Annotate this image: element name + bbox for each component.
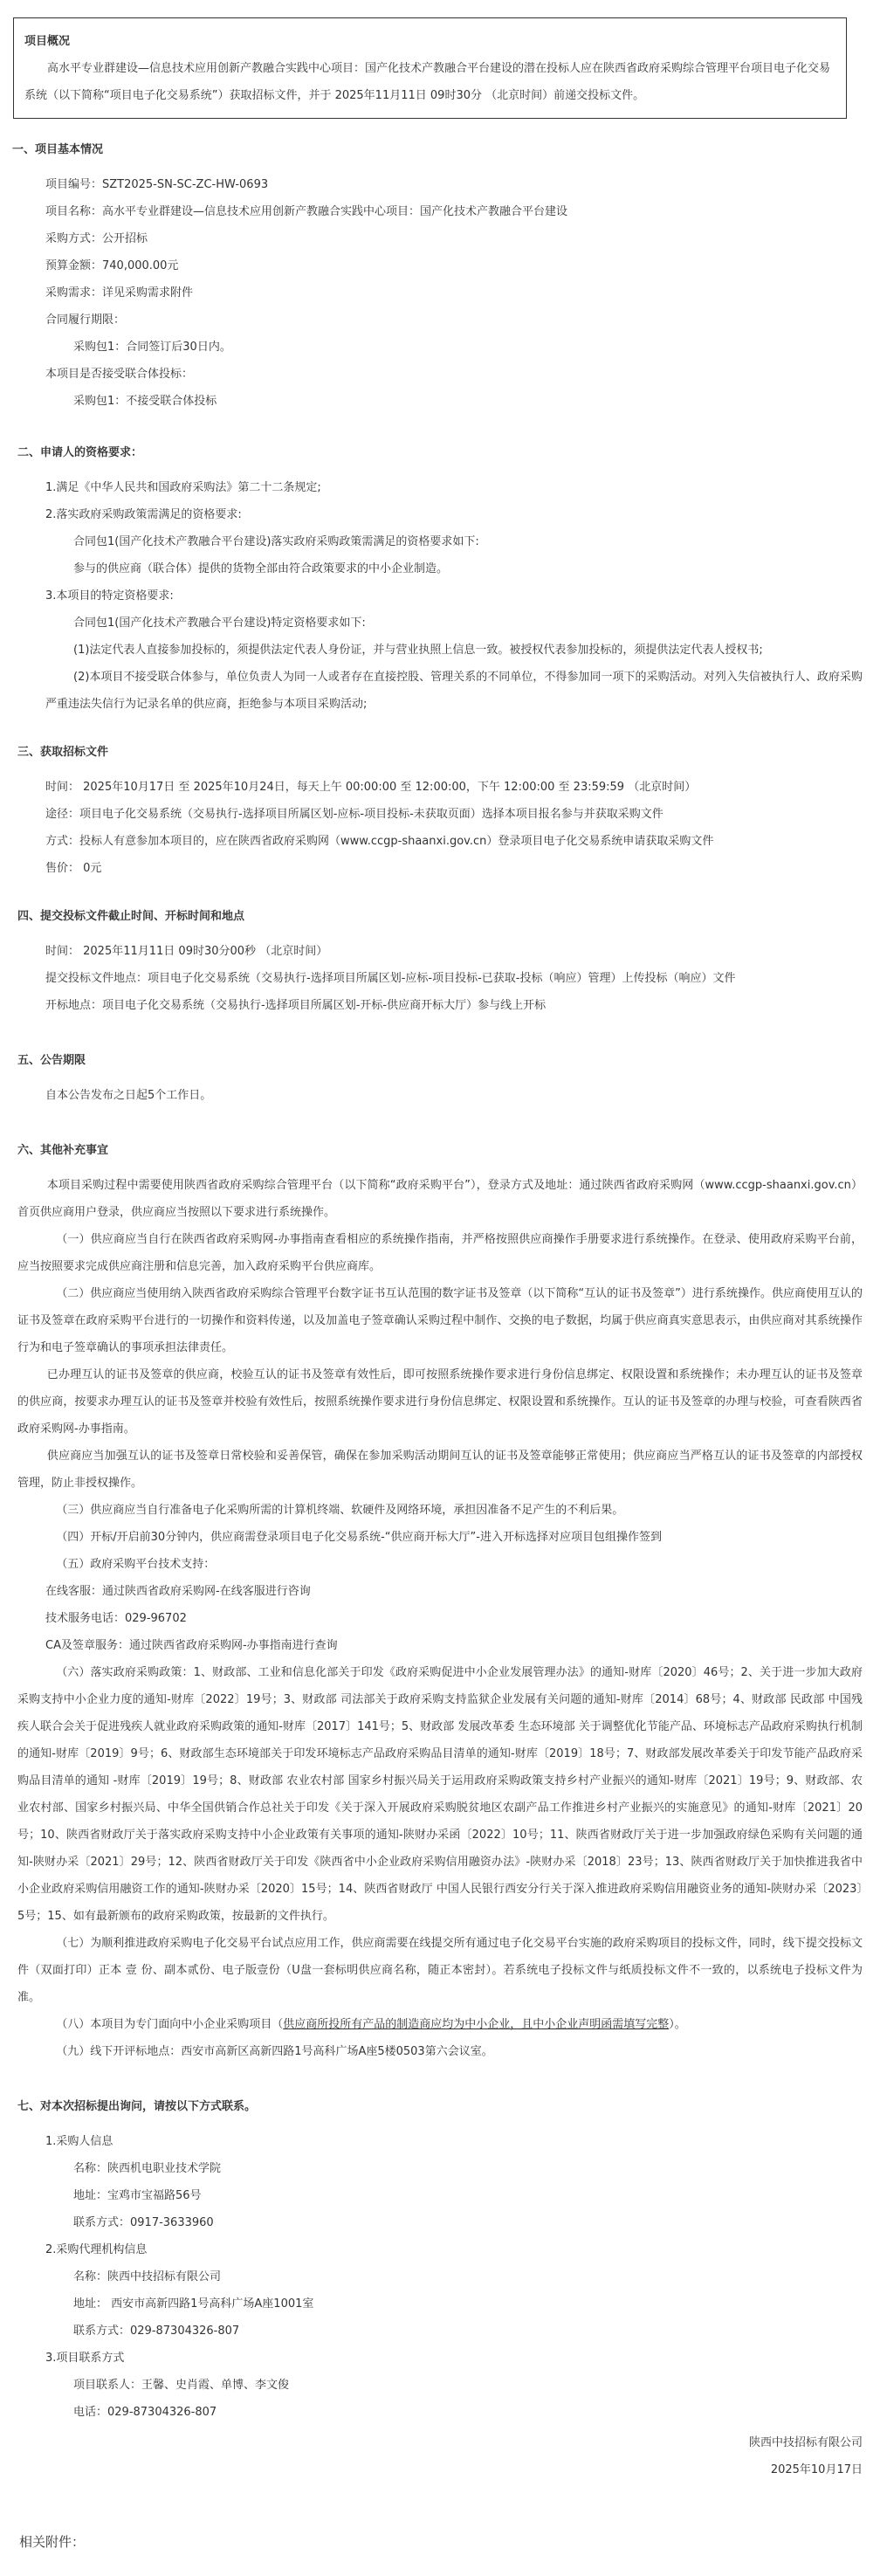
matter-8-underlined: 供应商所投所有产品的制造商应均为中小企业，且中小企业声明函需填写完整 [283,2018,669,2031]
contract-period-value: 采购包1：合同签订后30日内。 [0,334,880,361]
tech-service-phone: 技术服务电话：029-96702 [0,1605,880,1632]
overview-title: 项目概况 [24,29,835,55]
matter-2-keep: 供应商应当加强互认的证书及签章日常校验和妥善保管，确保在参加采购活动期间互认的证… [0,1443,880,1497]
agency-name: 名称：陕西中技招标有限公司 [0,2263,880,2290]
consortium-value: 采购包1：不接受联合体投标 [0,388,880,415]
procurement-requirements: 采购需求：详见采购需求附件 [0,279,880,307]
matter-5: （五）政府采购平台技术支持： [0,1551,880,1578]
purchaser-contact: 联系方式：0917-3633960 [0,2209,880,2236]
qualification-item-2-sub-1: 合同包1(国产化技术产教融合平台建设)落实政府采购政策需满足的资格要求如下: [0,528,880,555]
section-heading: 七、对本次招标提出询问，请按以下方式联系。 [0,2095,880,2119]
agency-address: 地址： 西安市高新四路1号高科广场A座1001室 [0,2290,880,2318]
submit-place: 提交投标文件地点：项目电子化交易系统（交易执行-选择项目所属区划-应标-项目投标… [0,965,880,992]
signature-company: 陕西中技招标有限公司 [0,2429,880,2456]
matter-8-prefix: （八）本项目为专门面向中小企业采购项目（ [56,2018,283,2031]
document-price: 售价： 0元 [0,855,880,882]
matter-4: （四）开标/开启前30分钟内，供应商需登录项目电子化交易系统-“供应商开标大厅”… [0,1524,880,1551]
opening-place: 开标地点：项目电子化交易系统（交易执行-选择项目所属区划-开标-供应商开标大厅）… [0,992,880,1019]
matter-8: （八）本项目为专门面向中小企业采购项目（供应商所投所有产品的制造商应均为中小企业… [0,2011,880,2038]
obtain-route: 途径：项目电子化交易系统（交易执行-选择项目所属区划-应标-项目投标-未获取页面… [0,801,880,828]
platform-intro: 本项目采购过程中需要使用陕西省政府采购综合管理平台（以下简称“政府采购平台”），… [0,1172,880,1226]
section-other-matters: 六、其他补充事宜 本项目采购过程中需要使用陕西省政府采购综合管理平台（以下简称“… [0,1139,880,2065]
purchaser-address: 地址：宝鸡市宝福路56号 [0,2182,880,2209]
qualification-item-3: 3.本项目的特定资格要求: [0,582,880,610]
section-heading: 四、提交投标文件截止时间、开标时间和地点 [0,905,880,929]
matter-9: （九）线下开评标地点：西安市高新区高新四路1号高科广场A座5楼0503第六会议室… [0,2038,880,2065]
matter-8-suffix: ）。 [669,2018,686,2031]
section-contact: 七、对本次招标提出询问，请按以下方式联系。 1.采购人信息 名称：陕西机电职业技… [0,2095,880,2426]
section-basic-info: 一、项目基本情况 项目编号：SZT2025-SN-SC-ZC-HW-0693 项… [0,138,880,415]
qualification-item-1: 1.满足《中华人民共和国政府采购法》第二十二条规定; [0,474,880,501]
qualification-item-3-sub-3: (2)本项目不接受联合体参与，单位负责人为同一人或者存在直接控股、管理关系的不同… [0,664,880,718]
deadline-time: 时间： 2025年11月11日 09时30分00秒 （北京时间） [0,938,880,965]
agency-contact: 联系方式：029-87304326-807 [0,2318,880,2345]
announcement-period-text: 自本公告发布之日起5个工作日。 [0,1082,880,1109]
obtain-time: 时间： 2025年10月17日 至 2025年10月24日，每天上午 00:00… [0,774,880,801]
project-contact-people: 项目联系人：王馨、史肖霞、单博、李文俊 [0,2372,880,2399]
ca-service: CA及签章服务：通过陕西省政府采购网-办事指南进行查询 [0,1632,880,1659]
matter-2-cert: 已办理互认的证书及签章的供应商，校验互认的证书及签章有效性后，即可按照系统操作要… [0,1361,880,1443]
overview-text: 高水平专业群建设—信息技术应用创新产教融合实践中心项目：国产化技术产教融合平台建… [24,55,835,109]
section-obtain-documents: 三、获取招标文件 时间： 2025年10月17日 至 2025年10月24日，每… [0,740,880,882]
project-overview-box: 项目概况 高水平专业群建设—信息技术应用创新产教融合实践中心项目：国产化技术产教… [13,17,847,119]
announcement-page: 项目概况 高水平专业群建设—信息技术应用创新产教融合实践中心项目：国产化技术产教… [0,0,880,2564]
qualification-item-3-sub-2: (1)法定代表人直接参加投标的，须提供法定代表人身份证，并与营业执照上信息一致。… [0,637,880,664]
section-announcement-period: 五、公告期限 自本公告发布之日起5个工作日。 [0,1049,880,1109]
procurement-method: 采购方式：公开招标 [0,225,880,252]
section-heading: 一、项目基本情况 [0,138,880,162]
qualification-item-2-sub-2: 参与的供应商（联合体）提供的货物全部由符合政策要求的中小企业制造。 [0,555,880,582]
section-heading: 六、其他补充事宜 [0,1139,880,1163]
agency-title: 2.采购代理机构信息 [0,2236,880,2263]
section-heading: 二、申请人的资格要求： [0,441,880,465]
project-contact-phone: 电话：029-87304326-807 [0,2399,880,2426]
qualification-item-2: 2.落实政府采购政策需满足的资格要求: [0,501,880,528]
signature-date: 2025年10月17日 [0,2456,880,2483]
online-service: 在线客服：通过陕西省政府采购网-在线客服进行咨询 [0,1578,880,1605]
contract-period-label: 合同履行期限： [0,307,880,334]
matter-3: （三）供应商应当自行准备电子化采购所需的计算机终端、软硬件及网络环境，承担因准备… [0,1497,880,1524]
consortium-label: 本项目是否接受联合体投标： [0,361,880,388]
obtain-method: 方式：投标人有意参加本项目的，应在陕西省政府采购网（www.ccgp-shaan… [0,828,880,855]
attachments-label: 相关附件： [0,2529,880,2555]
budget-amount: 预算金额：740,000.00元 [0,252,880,279]
matter-6-policies: （六）落实政府采购政策：1、财政部、工业和信息化部关于印发《政府采购促进中小企业… [0,1659,880,1930]
project-name: 项目名称：高水平专业群建设—信息技术应用创新产教融合实践中心项目：国产化技术产教… [0,198,880,225]
section-heading: 五、公告期限 [0,1049,880,1073]
matter-1: （一）供应商应当自行在陕西省政府采购网-办事指南查看相应的系统操作指南，并严格按… [0,1226,880,1280]
section-qualifications: 二、申请人的资格要求： 1.满足《中华人民共和国政府采购法》第二十二条规定; 2… [0,441,880,718]
purchaser-title: 1.采购人信息 [0,2128,880,2155]
qualification-item-3-sub-1: 合同包1(国产化技术产教融合平台建设)特定资格要求如下: [0,610,880,637]
project-contact-title: 3.项目联系方式 [0,2345,880,2372]
purchaser-name: 名称：陕西机电职业技术学院 [0,2155,880,2182]
section-deadline: 四、提交投标文件截止时间、开标时间和地点 时间： 2025年11月11日 09时… [0,905,880,1019]
matter-2: （二）供应商应当使用纳入陕西省政府采购综合管理平台数字证书互认范围的数字证书及签… [0,1280,880,1361]
project-number: 项目编号：SZT2025-SN-SC-ZC-HW-0693 [0,171,880,198]
matter-7: （七）为顺利推进政府采购电子化交易平台试点应用工作，供应商需要在线提交所有通过电… [0,1930,880,2011]
section-heading: 三、获取招标文件 [0,740,880,765]
